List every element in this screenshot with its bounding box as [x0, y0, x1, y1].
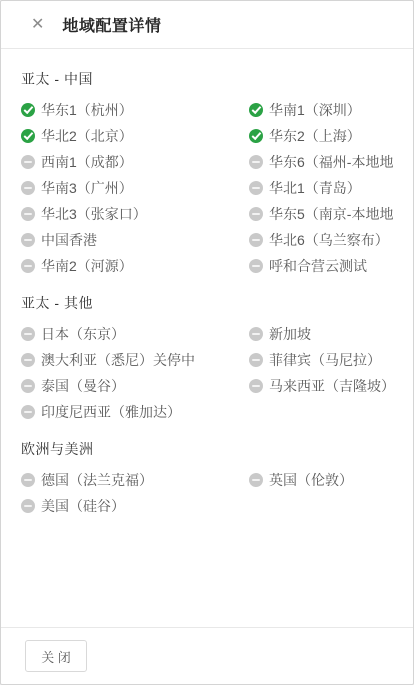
region-label: 马来西亚（吉隆坡） — [269, 376, 393, 396]
region-item: 华东2（上海） — [249, 123, 393, 149]
region-label: 华北2（北京） — [41, 126, 133, 146]
status-disabled-icon — [21, 499, 35, 513]
section-items: 华东1（杭州） 华南1（深圳） 华北2（北京） 华东2（上海） 西南1（成都） … — [21, 97, 393, 279]
region-section: 欧洲与美洲 德国（法兰克福） 英国（伦敦） 美国（硅谷） — [21, 425, 393, 519]
region-item: 日本（东京） — [21, 321, 249, 347]
region-label: 英国（伦敦） — [269, 470, 353, 490]
region-label: 德国（法兰克福） — [41, 470, 153, 490]
status-enabled-icon — [249, 103, 263, 117]
region-label: 日本（东京） — [41, 324, 125, 344]
region-item: 英国（伦敦） — [249, 467, 393, 493]
region-item: 印度尼西亚（雅加达） — [21, 399, 249, 425]
status-disabled-icon — [21, 181, 35, 195]
section-title: 亚太 - 其他 — [21, 279, 393, 321]
dialog-header: ✕ 地域配置详情 — [1, 1, 413, 49]
region-item: 华南2（河源） — [21, 253, 249, 279]
section-items: 日本（东京） 新加坡 澳大利亚（悉尼）关停中 菲律宾（马尼拉） 泰国（曼谷） 马… — [21, 321, 393, 425]
status-disabled-icon — [21, 233, 35, 247]
status-disabled-icon — [249, 473, 263, 487]
region-label: 中国香港 — [41, 230, 97, 250]
region-label: 泰国（曼谷） — [41, 376, 125, 396]
region-item: 华南1（深圳） — [249, 97, 393, 123]
region-label: 新加坡 — [269, 324, 311, 344]
status-disabled-icon — [249, 259, 263, 273]
region-item: 新加坡 — [249, 321, 393, 347]
region-item: 澳大利亚（悉尼）关停中 — [21, 347, 249, 373]
status-disabled-icon — [21, 259, 35, 273]
region-item: 华北2（北京） — [21, 123, 249, 149]
region-section: 亚太 - 其他 日本（东京） 新加坡 澳大利亚（悉尼）关停中 菲律宾（马尼拉） … — [21, 279, 393, 425]
status-disabled-icon — [21, 207, 35, 221]
region-label: 华北3（张家口） — [41, 204, 147, 224]
status-disabled-icon — [249, 181, 263, 195]
region-label: 澳大利亚（悉尼）关停中 — [41, 350, 195, 370]
region-label: 菲律宾（马尼拉） — [269, 350, 381, 370]
region-item: 马来西亚（吉隆坡） — [249, 373, 393, 399]
region-label: 华东1（杭州） — [41, 100, 133, 120]
status-disabled-icon — [21, 405, 35, 419]
region-item: 华北6（乌兰察布） — [249, 227, 393, 253]
region-label: 华南1（深圳） — [269, 100, 361, 120]
region-item: 华东1（杭州） — [21, 97, 249, 123]
section-title: 亚太 - 中国 — [21, 55, 393, 97]
close-icon[interactable]: ✕ — [29, 15, 46, 35]
region-item: 华北3（张家口） — [21, 201, 249, 227]
region-item: 德国（法兰克福） — [21, 467, 249, 493]
region-item: 美国（硅谷） — [21, 493, 249, 519]
region-label: 华南3（广州） — [41, 178, 133, 198]
status-disabled-icon — [249, 233, 263, 247]
section-items: 德国（法兰克福） 英国（伦敦） 美国（硅谷） — [21, 467, 393, 519]
region-label: 华北6（乌兰察布） — [269, 230, 389, 250]
status-enabled-icon — [249, 129, 263, 143]
region-label: 华北1（青岛） — [269, 178, 361, 198]
region-item: 华东5（南京-本地地域） — [249, 201, 393, 227]
status-disabled-icon — [249, 353, 263, 367]
status-disabled-icon — [249, 155, 263, 169]
status-disabled-icon — [21, 353, 35, 367]
region-label: 华东5（南京-本地地域） — [269, 204, 393, 224]
status-disabled-icon — [21, 473, 35, 487]
region-config-dialog: ✕ 地域配置详情 亚太 - 中国 华东1（杭州） 华南1（深圳） 华北2（北京）… — [0, 0, 414, 685]
dialog-title: 地域配置详情 — [62, 13, 161, 36]
region-sections: 亚太 - 中国 华东1（杭州） 华南1（深圳） 华北2（北京） 华东2（上海） … — [1, 49, 413, 627]
region-item: 菲律宾（马尼拉） — [249, 347, 393, 373]
region-label: 华东6（福州-本地地域） — [269, 152, 393, 172]
region-item: 泰国（曼谷） — [21, 373, 249, 399]
status-disabled-icon — [249, 327, 263, 341]
region-label: 美国（硅谷） — [41, 496, 125, 516]
region-item: 华东6（福州-本地地域） — [249, 149, 393, 175]
region-item: 华南3（广州） — [21, 175, 249, 201]
region-item: 华北1（青岛） — [249, 175, 393, 201]
region-item: 呼和合营云测试 — [249, 253, 393, 279]
close-button[interactable]: 关 闭 — [25, 640, 87, 672]
region-item: 西南1（成都） — [21, 149, 249, 175]
status-disabled-icon — [21, 155, 35, 169]
status-enabled-icon — [21, 103, 35, 117]
status-disabled-icon — [249, 207, 263, 221]
section-title: 欧洲与美洲 — [21, 425, 393, 467]
region-label: 印度尼西亚（雅加达） — [41, 402, 181, 422]
status-enabled-icon — [21, 129, 35, 143]
status-disabled-icon — [249, 379, 263, 393]
region-label: 西南1（成都） — [41, 152, 133, 172]
region-label: 华东2（上海） — [269, 126, 361, 146]
region-label: 呼和合营云测试 — [269, 256, 367, 276]
region-label: 华南2（河源） — [41, 256, 133, 276]
status-disabled-icon — [21, 379, 35, 393]
region-section: 亚太 - 中国 华东1（杭州） 华南1（深圳） 华北2（北京） 华东2（上海） … — [21, 55, 393, 279]
status-disabled-icon — [21, 327, 35, 341]
region-item: 中国香港 — [21, 227, 249, 253]
dialog-footer: 关 闭 — [1, 627, 413, 684]
